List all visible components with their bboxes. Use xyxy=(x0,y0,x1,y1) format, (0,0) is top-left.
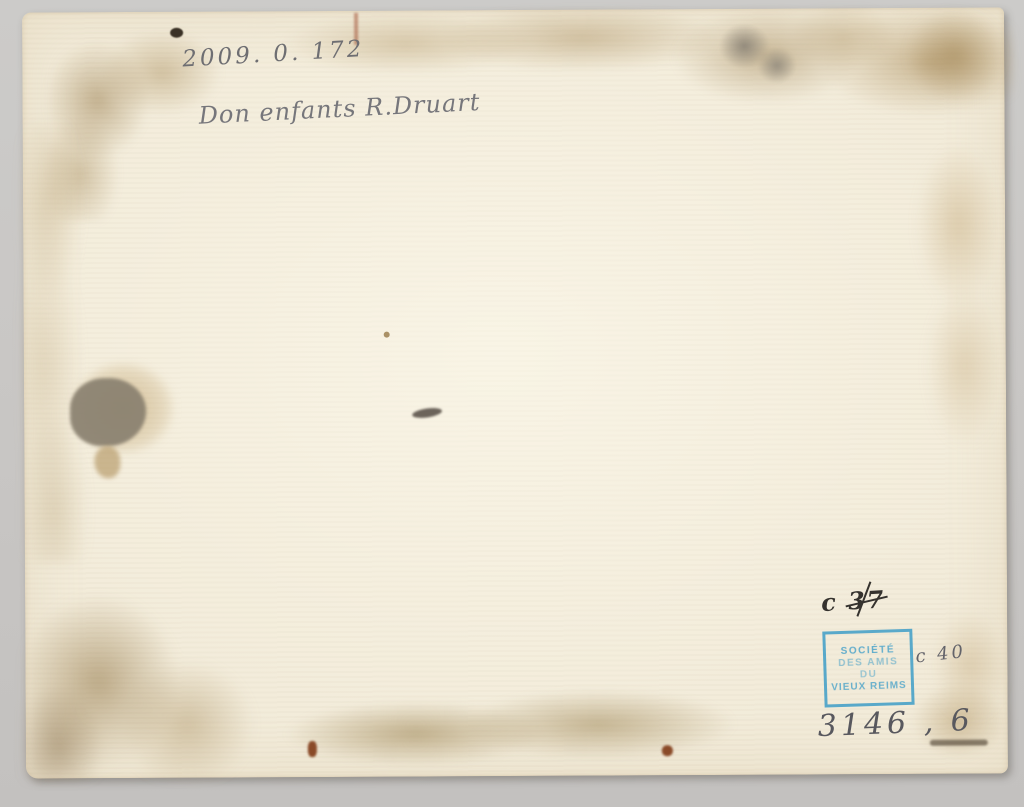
speck-dark-dot xyxy=(170,28,183,38)
speck-smudge xyxy=(412,406,443,419)
stain-blob-dot xyxy=(94,446,120,478)
stain-bottom-band xyxy=(272,687,752,772)
stain-bottom-left xyxy=(25,563,286,778)
reference-c40-inscription: c 40 xyxy=(914,641,967,667)
donation-inscription: Don enfants R.Druart xyxy=(198,88,481,130)
stain-right-edge-upper xyxy=(901,145,1007,461)
stain-left-edge xyxy=(23,122,109,562)
stamp-line-1: SOCIÉTÉ xyxy=(841,644,896,657)
speck-red-mark-right xyxy=(662,745,673,756)
stain-gray-patch xyxy=(710,18,808,97)
stain-top-right xyxy=(634,7,1015,144)
accession-number-inscription: 2009. 0. 172 xyxy=(182,36,366,72)
speck-tiny-dot xyxy=(384,332,390,338)
stain-top-right-corner xyxy=(882,9,1005,140)
crossed-out-reference: c 37 xyxy=(820,584,886,617)
stamp-line-4: VIEUX REIMS xyxy=(831,679,907,692)
societe-amis-vieux-reims-stamp: SOCIÉTÉ DES AMIS DU VIEUX REIMS xyxy=(822,629,914,708)
crossed-out-reference-number: 37 xyxy=(847,584,886,615)
stain-blob-core xyxy=(70,378,146,446)
crossed-out-reference-prefix: c xyxy=(820,587,838,617)
photograph-back: 2009. 0. 172 Don enfants R.Druart c 37 S… xyxy=(22,7,1008,778)
stamp-line-2: DES AMIS xyxy=(838,656,898,669)
speck-bottom-dashes xyxy=(930,740,988,746)
speck-red-mark-left xyxy=(308,741,317,757)
stain-blob-halo xyxy=(52,344,195,473)
stamp-line-3: DU xyxy=(860,668,878,680)
inventory-number-inscription: 3146 , 6 xyxy=(817,703,974,744)
